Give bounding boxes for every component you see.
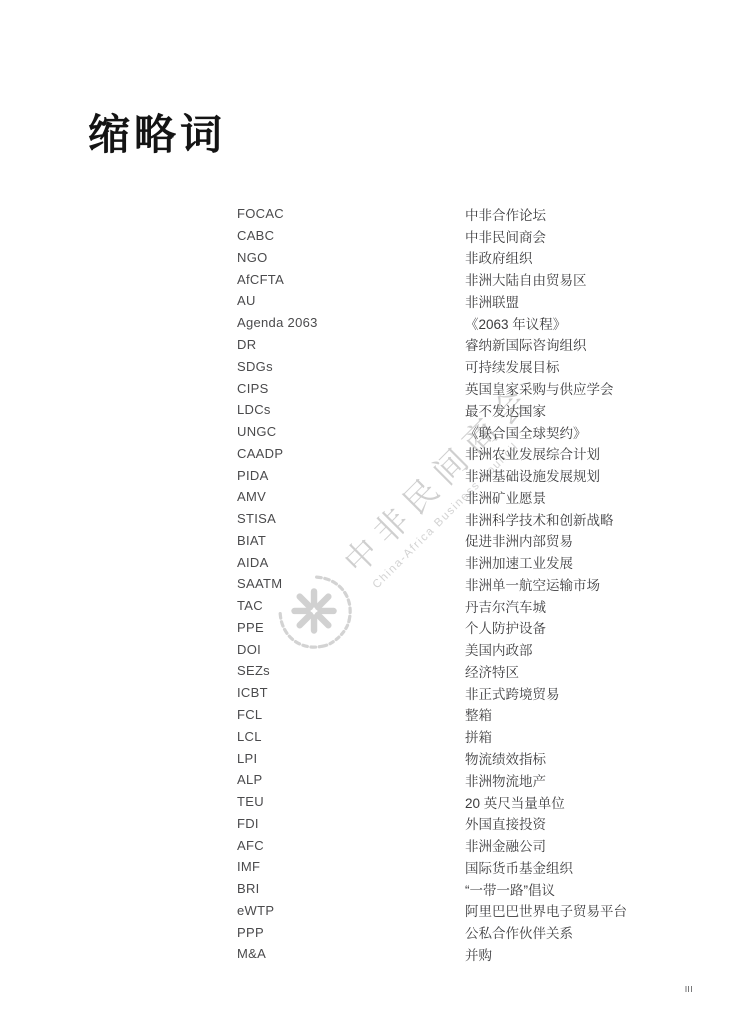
abbreviation-code: LDCs — [237, 402, 465, 417]
page-title: 缩略词 — [88, 112, 226, 158]
abbreviation-meaning: 非正式跨境贸易 — [465, 683, 560, 703]
abbreviation-row: BRI “一带一路”倡议 — [0, 878, 755, 900]
abbreviation-code: SAATM — [237, 576, 465, 591]
abbreviation-row: CAADP 非洲农业发展综合计划 — [0, 442, 755, 464]
abbreviation-row: ALP 非洲物流地产 — [0, 769, 755, 791]
abbreviation-list: FOCAC 中非合作论坛 CABC 中非民间商会 NGO 非政府组织 AfCFT… — [0, 203, 755, 965]
abbreviation-meaning: 英国皇家采购与供应学会 — [465, 378, 614, 398]
abbreviation-code: NGO — [237, 250, 465, 265]
abbreviation-row: TEU 20 英尺当量单位 — [0, 791, 755, 813]
abbreviation-meaning: 非政府组织 — [465, 247, 533, 267]
abbreviation-row: eWTP 阿里巴巴世界电子贸易平台 — [0, 900, 755, 922]
abbreviation-meaning: 阿里巴巴世界电子贸易平台 — [465, 900, 627, 920]
abbreviation-code: LCL — [237, 729, 465, 744]
abbreviation-code: LPI — [237, 751, 465, 766]
abbreviation-meaning: 非洲基础设施发展规划 — [465, 465, 600, 485]
abbreviation-row: SEZs 经济特区 — [0, 660, 755, 682]
abbreviation-meaning: 非洲农业发展综合计划 — [465, 443, 600, 463]
abbreviation-meaning: 非洲联盟 — [465, 291, 519, 311]
abbreviation-row: DR 睿纳新国际咨询组织 — [0, 334, 755, 356]
abbreviation-meaning: 外国直接投资 — [465, 813, 546, 833]
abbreviation-code: BIAT — [237, 533, 465, 548]
abbreviation-code: SDGs — [237, 359, 465, 374]
abbreviation-code: DOI — [237, 642, 465, 657]
abbreviation-meaning: 非洲加速工业发展 — [465, 552, 573, 572]
abbreviation-meaning: 物流绩效指标 — [465, 748, 546, 768]
abbreviation-code: FOCAC — [237, 206, 465, 221]
abbreviation-code: M&A — [237, 946, 465, 961]
abbreviation-code: SEZs — [237, 663, 465, 678]
abbreviation-code: AfCFTA — [237, 272, 465, 287]
abbreviation-code: BRI — [237, 881, 465, 896]
abbreviation-meaning: 中非合作论坛 — [465, 204, 546, 224]
abbreviation-meaning: 丹吉尔汽车城 — [465, 596, 546, 616]
abbreviation-code: PPE — [237, 620, 465, 635]
abbreviation-meaning: “一带一路”倡议 — [465, 879, 555, 899]
abbreviation-code: ICBT — [237, 685, 465, 700]
abbreviation-row: IMF 国际货币基金组织 — [0, 856, 755, 878]
abbreviation-row: Agenda 2063 《2063 年议程》 — [0, 312, 755, 334]
abbreviation-code: TEU — [237, 794, 465, 809]
abbreviation-row: FOCAC 中非合作论坛 — [0, 203, 755, 225]
abbreviation-meaning: 《2063 年议程》 — [465, 313, 566, 333]
abbreviation-row: STISA 非洲科学技术和创新战略 — [0, 508, 755, 530]
abbreviation-row: UNGC 《联合国全球契约》 — [0, 421, 755, 443]
abbreviation-meaning: 非洲金融公司 — [465, 835, 546, 855]
abbreviation-meaning: 非洲物流地产 — [465, 770, 546, 790]
abbreviation-meaning: 国际货币基金组织 — [465, 857, 573, 877]
abbreviation-row: FDI 外国直接投资 — [0, 812, 755, 834]
abbreviation-row: FCL 整箱 — [0, 704, 755, 726]
abbreviation-code: AMV — [237, 489, 465, 504]
abbreviation-meaning: 拼箱 — [465, 726, 492, 746]
abbreviation-row: AMV 非洲矿业愿景 — [0, 486, 755, 508]
abbreviation-meaning: 非洲单一航空运输市场 — [465, 574, 600, 594]
abbreviation-code: AU — [237, 293, 465, 308]
abbreviation-code: FDI — [237, 816, 465, 831]
abbreviation-meaning: 美国内政部 — [465, 639, 533, 659]
abbreviation-row: TAC 丹吉尔汽车城 — [0, 595, 755, 617]
abbreviation-code: CABC — [237, 228, 465, 243]
abbreviation-row: AFC 非洲金融公司 — [0, 834, 755, 856]
abbreviation-row: PIDA 非洲基础设施发展规划 — [0, 464, 755, 486]
abbreviation-code: ALP — [237, 772, 465, 787]
abbreviation-code: CAADP — [237, 446, 465, 461]
abbreviation-meaning: 并购 — [465, 944, 492, 964]
abbreviation-row: SDGs 可持续发展目标 — [0, 355, 755, 377]
abbreviation-meaning: 可持续发展目标 — [465, 356, 560, 376]
abbreviation-row: AU 非洲联盟 — [0, 290, 755, 312]
abbreviation-row: LCL 拼箱 — [0, 725, 755, 747]
abbreviation-row: ICBT 非正式跨境贸易 — [0, 682, 755, 704]
abbreviation-code: Agenda 2063 — [237, 315, 465, 330]
abbreviation-row: LPI 物流绩效指标 — [0, 747, 755, 769]
abbreviation-row: SAATM 非洲单一航空运输市场 — [0, 573, 755, 595]
abbreviation-row: CABC 中非民间商会 — [0, 225, 755, 247]
abbreviation-meaning: 中非民间商会 — [465, 226, 546, 246]
abbreviation-meaning: 整箱 — [465, 704, 492, 724]
abbreviation-meaning: 个人防护设备 — [465, 617, 546, 637]
abbreviation-code: AIDA — [237, 555, 465, 570]
abbreviation-row: AIDA 非洲加速工业发展 — [0, 551, 755, 573]
abbreviation-code: PPP — [237, 925, 465, 940]
abbreviation-meaning: 最不发达国家 — [465, 400, 546, 420]
abbreviation-code: TAC — [237, 598, 465, 613]
abbreviation-row: BIAT 促进非洲内部贸易 — [0, 529, 755, 551]
abbreviation-code: CIPS — [237, 381, 465, 396]
abbreviation-code: eWTP — [237, 903, 465, 918]
abbreviation-meaning: 睿纳新国际咨询组织 — [465, 334, 587, 354]
abbreviation-row: LDCs 最不发达国家 — [0, 399, 755, 421]
abbreviation-code: IMF — [237, 859, 465, 874]
abbreviation-code: AFC — [237, 838, 465, 853]
abbreviation-row: M&A 并购 — [0, 943, 755, 965]
abbreviation-meaning: 经济特区 — [465, 661, 519, 681]
abbreviation-row: CIPS 英国皇家采购与供应学会 — [0, 377, 755, 399]
abbreviation-row: NGO 非政府组织 — [0, 247, 755, 269]
abbreviation-code: STISA — [237, 511, 465, 526]
abbreviation-row: PPP 公私合作伙伴关系 — [0, 921, 755, 943]
abbreviation-meaning: 促进非洲内部贸易 — [465, 530, 573, 550]
abbreviation-row: DOI 美国内政部 — [0, 638, 755, 660]
abbreviation-meaning: 非洲科学技术和创新战略 — [465, 509, 614, 529]
document-page: 缩略词 中非民间商会 China-Africa Busi — [0, 0, 755, 1024]
abbreviation-code: UNGC — [237, 424, 465, 439]
page-number: III — [685, 985, 693, 994]
abbreviation-row: PPE 个人防护设备 — [0, 617, 755, 639]
abbreviation-code: PIDA — [237, 468, 465, 483]
abbreviation-code: FCL — [237, 707, 465, 722]
abbreviation-row: AfCFTA 非洲大陆自由贸易区 — [0, 268, 755, 290]
abbreviation-code: DR — [237, 337, 465, 352]
abbreviation-meaning: 20 英尺当量单位 — [465, 792, 565, 812]
abbreviation-meaning: 非洲矿业愿景 — [465, 487, 546, 507]
abbreviation-meaning: 《联合国全球契约》 — [465, 422, 587, 442]
abbreviation-meaning: 公私合作伙伴关系 — [465, 922, 573, 942]
abbreviation-meaning: 非洲大陆自由贸易区 — [465, 269, 587, 289]
